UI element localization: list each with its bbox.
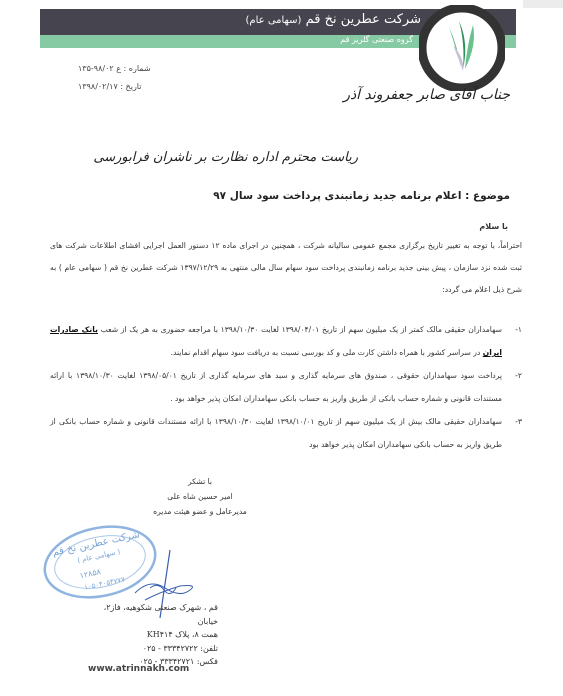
phone-number: تلفن: ۳۳۳۴۲۷۲۲ - ۰۲۵	[88, 642, 218, 656]
svg-text:۱۲۸۵۸: ۱۲۸۵۸	[79, 567, 103, 580]
company-logo-icon	[419, 5, 505, 91]
item-text: پرداخت سود سهامداران حقوقی ، صندوق های س…	[50, 364, 502, 410]
letter-date: تاریخ : ۱۳۹۸/۰۲/۱۷	[78, 82, 141, 91]
greeting: با سلام	[479, 222, 508, 231]
company-name: شرکت عطرین نخ قم (سهامی عام)	[246, 12, 421, 27]
recipient-office: ریاست محترم اداره نظارت بر ناشران فرابور…	[93, 150, 358, 165]
payment-schedule-list: ۱- سهامداران حقیقی مالک کمتر از یک میلیو…	[50, 318, 522, 456]
letter-date-value: ۱۳۹۸/۰۲/۱۷	[78, 82, 118, 91]
subject-line: موضوع : اعلام برنامه جدید زمانبندی پرداخ…	[213, 190, 510, 202]
letter-number-value: ع ۹۸/۰۲-۱۳۵	[78, 64, 121, 73]
item-number: ۳-	[502, 410, 522, 456]
item-text: سهامداران حقیقی مالک بیش از یک میلیون سه…	[50, 410, 502, 456]
company-name-text: شرکت عطرین نخ قم	[306, 12, 421, 27]
company-type: (سهامی عام)	[246, 15, 302, 26]
group-name: گروه صنعتی گلریز قم	[340, 35, 413, 44]
list-item: ۲- پرداخت سود سهامداران حقوقی ، صندوق ها…	[50, 364, 522, 410]
letter-number-label: شماره :	[124, 64, 151, 73]
website-link[interactable]: www.atrinnakh.com	[88, 664, 189, 674]
corner-shade	[523, 0, 563, 8]
intro-paragraph: احتراماً، با توجه به تغییر تاریخ برگزاری…	[50, 235, 522, 301]
signer-title: مدیرعامل و عضو هیئت مدیره	[120, 504, 280, 519]
item-number: ۱-	[502, 318, 522, 364]
list-item: ۱- سهامداران حقیقی مالک کمتر از یک میلیو…	[50, 318, 522, 364]
list-item: ۳- سهامداران حقیقی مالک بیش از یک میلیون…	[50, 410, 522, 456]
signoff-thanks: با تشکر	[120, 474, 280, 489]
item-number: ۲-	[502, 364, 522, 410]
item-text-part: در سراسر کشور با همراه داشتن کارت ملی و …	[171, 348, 481, 357]
signer-name: امیر حسین شاه علی	[120, 489, 280, 504]
item-text: سهامداران حقیقی مالک کمتر از یک میلیون س…	[50, 318, 502, 364]
address-line-2: همت ۸، پلاک KH۴۱۴	[88, 628, 218, 642]
signoff-block: با تشکر امیر حسین شاه علی مدیرعامل و عضو…	[120, 474, 280, 519]
footer-address: قم ، شهرک صنعتی شکوهیه، فاز۲، خیابان همت…	[88, 601, 218, 669]
recipient-name: جناب آقای صابر جعفروند آذر	[343, 87, 510, 103]
address-line-1: قم ، شهرک صنعتی شکوهیه، فاز۲، خیابان	[88, 601, 218, 628]
letter-date-label: تاریخ :	[120, 82, 141, 91]
item-text-part: سهامداران حقیقی مالک کمتر از یک میلیون س…	[101, 325, 502, 334]
letter-number: شماره : ع ۹۸/۰۲-۱۳۵	[78, 64, 151, 73]
